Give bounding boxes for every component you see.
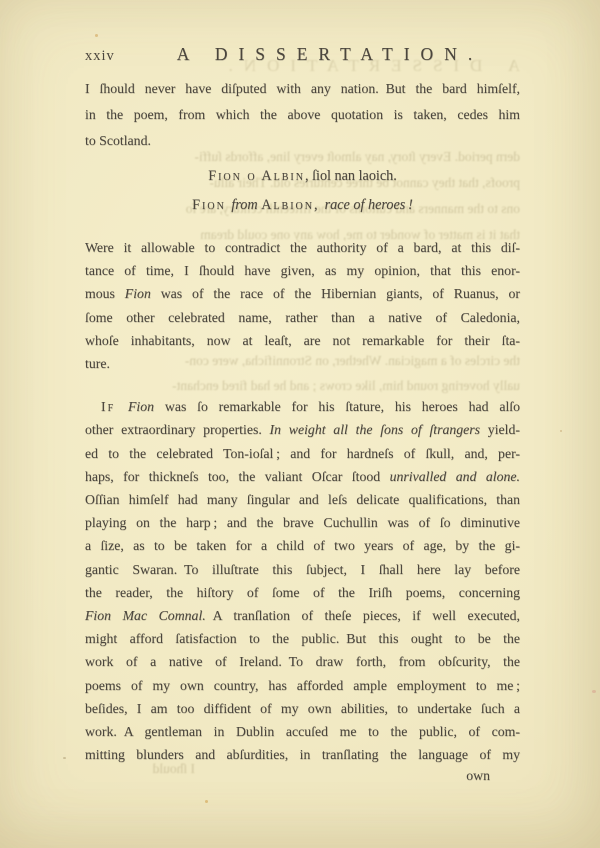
text-line: in the poem, from which the above quotat… — [85, 102, 520, 128]
text-line: Were it allowable to contradict the auth… — [85, 236, 520, 259]
text-line: gantic Swaran. To illuſtrate this ſubjec… — [85, 558, 520, 581]
text-block: xxiv A DISSERTATION. I ſhould never have… — [85, 44, 520, 786]
text-segment: whoſe inhabitants, now at leaſt, are not… — [85, 333, 520, 348]
text-segment: gantic Swaran. To illuſtrate this ſubjec… — [85, 562, 520, 577]
text-segment: a ſize, as to be taken for a child of tw… — [85, 538, 520, 553]
text-line: might afford ſatisfaction to the public.… — [85, 627, 520, 650]
text-segment: was of the race of the Hibernian giants,… — [151, 286, 520, 301]
text-segment: other extraordinary properties. — [85, 422, 270, 437]
running-title: A DISSERTATION. — [85, 44, 520, 65]
page-header: xxiv A DISSERTATION. — [85, 44, 520, 68]
text-line: beſides, I am too diffident of my own ab… — [85, 697, 520, 720]
text-segment: from — [231, 197, 257, 213]
text-segment: in the poem, from which the above quotat… — [85, 107, 520, 122]
text-segment: , ſiol nan laoich. — [305, 168, 397, 184]
paragraph-2: Were it allowable to contradict the auth… — [85, 236, 520, 375]
text-line: poems of my own country, has afforded am… — [85, 674, 520, 697]
text-segment: Were it allowable to contradict the auth… — [85, 240, 520, 255]
text-line: I ſhould never have diſputed with any na… — [85, 76, 520, 102]
text-segment: ture. — [85, 356, 110, 371]
text-segment: ed to the celebrated Ton-ioſal ; and for… — [85, 446, 520, 461]
text-line: mous Fion was of the race of the Hiberni… — [85, 282, 520, 305]
paper-speck — [95, 34, 98, 37]
text-line: playing on the harp ; and the brave Cuch… — [85, 511, 520, 534]
text-segment: race of heroes ! — [325, 197, 413, 213]
text-segment: mitting blunders and abſurdities, in tra… — [85, 747, 520, 762]
text-line: ture. — [85, 352, 520, 375]
text-segment: playing on the harp ; and the brave Cuch… — [85, 515, 520, 530]
text-segment: haps, for thickneſs too, the valiant Oſc… — [85, 469, 390, 484]
text-line: ſome other celebrated name, rather than … — [85, 306, 520, 329]
text-segment: to Scotland. — [85, 133, 151, 148]
text-line: haps, for thickneſs too, the valiant Oſc… — [85, 465, 520, 488]
text-segment: ſome other celebrated name, rather than … — [85, 310, 520, 325]
text-segment: work of a native of Ireland. To draw for… — [85, 654, 520, 669]
text-segment: Fion — [192, 197, 231, 213]
text-segment: Fion Mac Comnal. — [85, 608, 206, 623]
paragraph-3: If Fion was ſo remarkable for his ſtatur… — [85, 395, 520, 766]
text-segment: I ſhould never have diſputed with any na… — [85, 81, 520, 96]
text-line: mitting blunders and abſurdities, in tra… — [85, 743, 520, 766]
text-segment: Fion — [125, 286, 151, 301]
text-segment: beſides, I am too diffident of my own ab… — [85, 701, 520, 716]
paper-speck — [63, 757, 66, 759]
text-line: a ſize, as to be taken for a child of tw… — [85, 534, 520, 557]
text-segment: might afford ſatisfaction to the public.… — [85, 631, 520, 646]
text-segment: mous — [85, 286, 125, 301]
book-page: A DISSERTATION.dern period. Every ſtory,… — [0, 0, 600, 848]
catchword: own — [466, 768, 490, 783]
text-line: to Scotland. — [85, 128, 520, 154]
text-segment: In weight all the ſons of ſtrangers — [270, 422, 481, 437]
text-line: Fion Mac Comnal. A tranſlation of theſe … — [85, 604, 520, 627]
text-segment: unrivalled and alone. — [390, 469, 520, 484]
text-segment: , — [314, 197, 325, 213]
text-segment: A tranſlation of theſe pieces, if well e… — [206, 608, 520, 623]
paper-speck — [205, 800, 208, 803]
text-line: the reader, the hiſtory of ſome of the I… — [85, 581, 520, 604]
text-segment: Fion — [128, 399, 154, 414]
verse-quote: Fion o Albin, ſiol nan laoich.Fion from … — [85, 162, 520, 220]
text-segment: tance of time, I ſhould have given, as m… — [85, 263, 520, 278]
text-line: tance of time, I ſhould have given, as m… — [85, 259, 520, 282]
paper-speck — [560, 430, 562, 432]
text-segment: Fion o Albin — [208, 168, 305, 184]
text-line: If Fion was ſo remarkable for his ſtatur… — [85, 395, 520, 418]
text-line: Fion from Albion, race of heroes ! — [85, 191, 520, 220]
text-line: whoſe inhabitants, now at leaſt, are not… — [85, 329, 520, 352]
page-number: xxiv — [85, 48, 115, 65]
text-segment: was ſo remarkable for his ſtature, his h… — [154, 399, 520, 414]
text-segment: poems of my own country, has afforded am… — [85, 678, 520, 693]
text-segment: the reader, the hiſtory of ſome of the I… — [85, 585, 520, 600]
text-line: work of a native of Ireland. To draw for… — [85, 650, 520, 673]
text-line: ed to the celebrated Ton-ioſal ; and for… — [85, 442, 520, 465]
text-segment: If — [101, 399, 128, 414]
text-segment: Oſſian himſelf had many ſingular and leſ… — [85, 492, 520, 507]
text-segment: Albion — [261, 197, 314, 213]
text-line: Fion o Albin, ſiol nan laoich. — [85, 162, 520, 191]
paragraph-1: I ſhould never have diſputed with any na… — [85, 76, 520, 154]
text-line: work. A gentleman in Dublin accuſed me t… — [85, 720, 520, 743]
text-segment: yield- — [480, 422, 520, 437]
text-line: other extraordinary properties. In weigh… — [85, 418, 520, 441]
text-line: Oſſian himſelf had many ſingular and leſ… — [85, 488, 520, 511]
text-body: I ſhould never have diſputed with any na… — [85, 76, 520, 766]
text-segment: work. A gentleman in Dublin accuſed me t… — [85, 724, 520, 739]
paper-speck — [592, 690, 596, 693]
catchword-row: own — [85, 766, 520, 786]
